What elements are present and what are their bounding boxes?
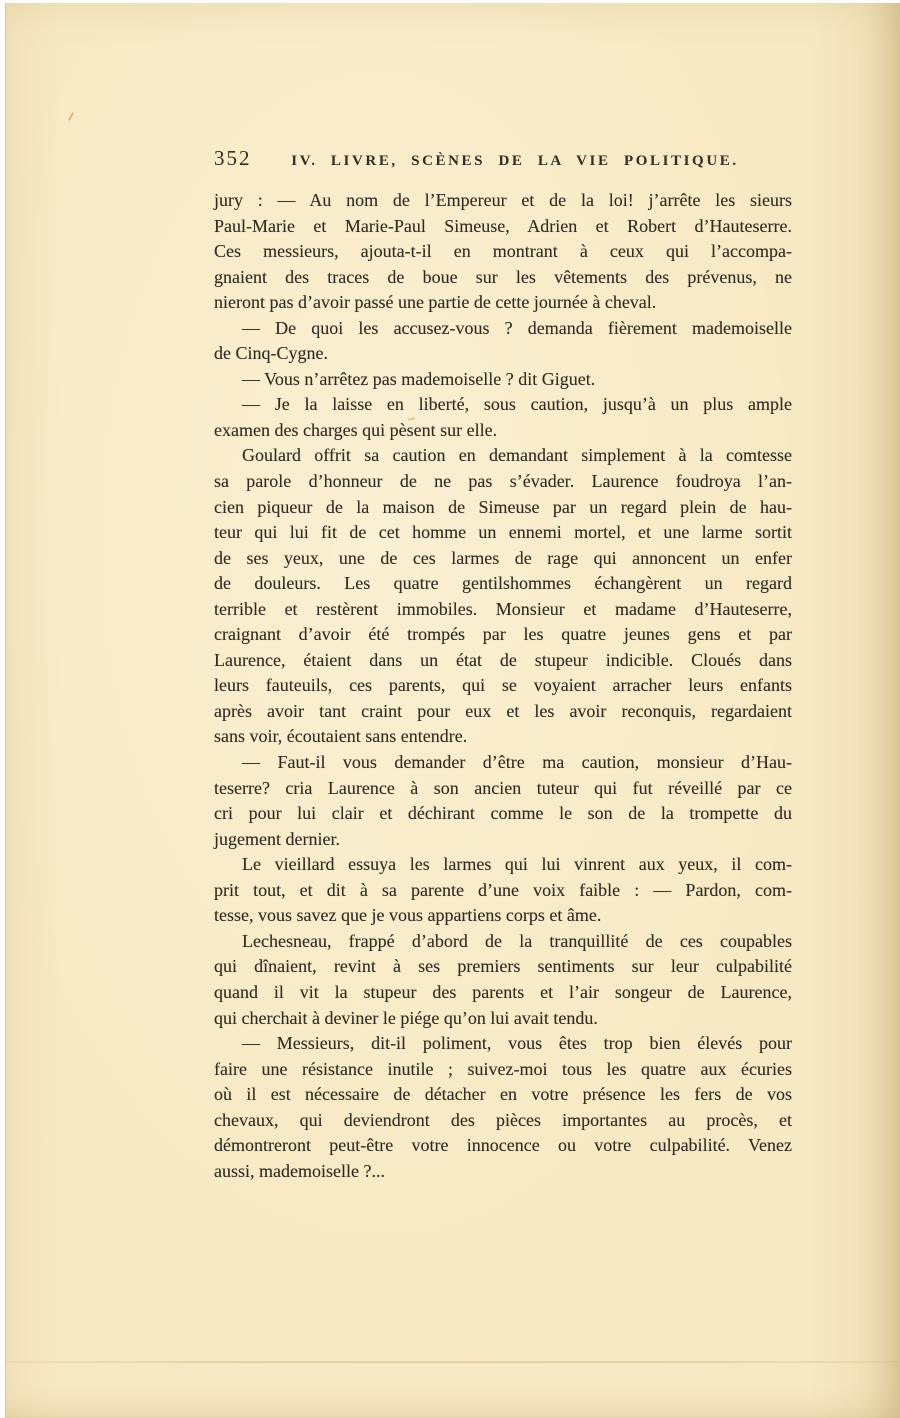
text-line: après avoir tant craint pour eux et les …	[214, 699, 792, 725]
paragraph: jury : — Au nom de l’Empereur et de la l…	[214, 188, 792, 316]
text-line: chevaux, qui deviendront des pièces impo…	[214, 1108, 792, 1134]
text-line: Le vieillard essuya les larmes qui lui v…	[214, 852, 792, 878]
text-line: — Faut-il vous demander d’être ma cautio…	[214, 750, 792, 776]
paragraph: Lechesneau, frappé d’abord de la tranqui…	[214, 929, 792, 1031]
text-line: faire une résistance inutile ; suivez-mo…	[214, 1057, 792, 1083]
text-line: Paul-Marie et Marie-Paul Simeuse, Adrien…	[214, 214, 792, 240]
paper-crease-line	[6, 1361, 900, 1363]
text-line: nieront pas d’avoir passé une partie de …	[214, 290, 792, 316]
text-line: aussi, mademoiselle ?...	[214, 1159, 792, 1185]
running-head-row: 352 IV. LIVRE, SCÈNES DE LA VIE POLITIQU…	[214, 146, 792, 171]
text-line: — De quoi les accusez-vous ? demanda fiè…	[214, 316, 792, 342]
text-line: sa parole d’honneur de ne pas s’évader. …	[214, 469, 792, 495]
text-line: — Messieurs, dit-il poliment, vous êtes …	[214, 1031, 792, 1057]
text-line: leurs fauteuils, ces parents, qui se voy…	[214, 673, 792, 699]
scan-edge-top	[0, 0, 900, 3]
text-line: quand il vit la stupeur des parents et l…	[214, 980, 792, 1006]
running-header-title: IV. LIVRE, SCÈNES DE LA VIE POLITIQUE.	[278, 153, 792, 170]
text-line: sans voir, écoutaient sans entendre.	[214, 724, 792, 750]
text-line: teserre? cria Laurence à son ancien tute…	[214, 776, 792, 802]
text-line: de ses yeux, une de ces larmes de rage q…	[214, 546, 792, 572]
text-line: Lechesneau, frappé d’abord de la tranqui…	[214, 929, 792, 955]
text-line: tesse, vous savez que je vous appartiens…	[214, 903, 792, 929]
text-line: où il est nécessaire de détacher en votr…	[214, 1082, 792, 1108]
text-line: prit tout, et dit à sa parente d’une voi…	[214, 878, 792, 904]
text-line: démontreront peut-être votre innocence o…	[214, 1133, 792, 1159]
text-line: examen des charges qui pèsent sur elle.	[214, 418, 792, 444]
text-line: craignant d’avoir été trompés par les qu…	[214, 622, 792, 648]
text-line: — Je la laisse en liberté, sous caution,…	[214, 392, 792, 418]
paragraph: — Je la laisse en liberté, sous caution,…	[214, 392, 792, 443]
paragraph: Goulard offrit sa caution en demandant s…	[214, 443, 792, 750]
text-block: jury : — Au nom de l’Empereur et de la l…	[214, 188, 792, 1184]
text-line: Ces messieurs, ajouta-t-il en montrant à…	[214, 239, 792, 265]
text-line: — Vous n’arrêtez pas mademoiselle ? dit …	[214, 367, 792, 393]
paragraph: — De quoi les accusez-vous ? demanda fiè…	[214, 316, 792, 367]
paragraph: — Faut-il vous demander d’être ma cautio…	[214, 750, 792, 852]
page-number: 352	[214, 146, 278, 171]
text-line: qui dînaient, revint à ses premiers sent…	[214, 954, 792, 980]
text-line: jury : — Au nom de l’Empereur et de la l…	[214, 188, 792, 214]
text-line: de douleurs. Les quatre gentilshommes éc…	[214, 571, 792, 597]
text-line: qui cherchait à deviner le piége qu’on l…	[214, 1006, 792, 1032]
text-line: de Cinq-Cygne.	[214, 341, 792, 367]
text-line: terrible et restèrent immobiles. Monsieu…	[214, 597, 792, 623]
scanned-book-page: 352 IV. LIVRE, SCÈNES DE LA VIE POLITIQU…	[0, 0, 900, 1418]
text-line: Goulard offrit sa caution en demandant s…	[214, 443, 792, 469]
text-line: gnaient des traces de boue sur les vêtem…	[214, 265, 792, 291]
text-line: cri pour lui clair et déchirant comme le…	[214, 801, 792, 827]
text-line: cien piqueur de la maison de Simeuse par…	[214, 495, 792, 521]
paragraph: — Messieurs, dit-il poliment, vous êtes …	[214, 1031, 792, 1184]
scan-edge-left	[0, 0, 6, 1418]
text-line: jugement dernier.	[214, 827, 792, 853]
paragraph: — Vous n’arrêtez pas mademoiselle ? dit …	[214, 367, 792, 393]
paragraph: Le vieillard essuya les larmes qui lui v…	[214, 852, 792, 929]
text-line: Laurence, étaient dans un état de stupeu…	[214, 648, 792, 674]
text-line: teur qui lui fit de cet homme un ennemi …	[214, 520, 792, 546]
